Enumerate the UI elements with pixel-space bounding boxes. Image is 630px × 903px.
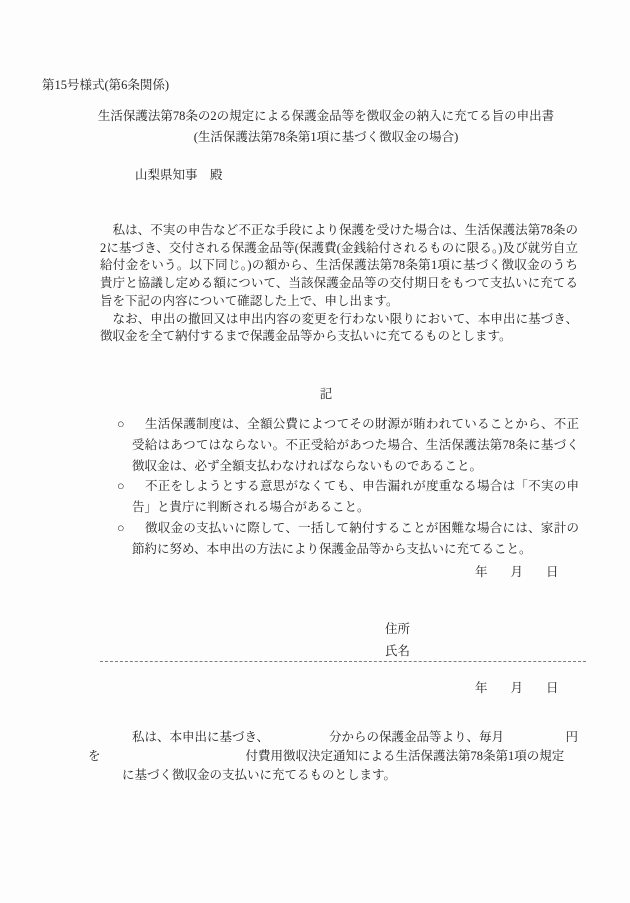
notes-list: ○ 生活保護制度は、全額公費によつてその財源が賄われていることから、不正受給はあ… — [100, 414, 579, 560]
note-item: ○ 生活保護制度は、全額公費によつてその財源が賄われていることから、不正受給はあ… — [100, 414, 579, 476]
title-block: 生活保護法第78条の2の規定による保護金品等を徴収金の納入に充てる旨の申出書 (… — [76, 106, 576, 148]
date-line-upper: 年 月 日 — [475, 562, 559, 580]
declaration-line1-unit: 円 — [565, 728, 578, 747]
note-text: 不正をしようとする意思がなくても、申告漏れが度重なる場合は「不実の申告」と貴庁に… — [132, 479, 579, 514]
note-marker: ○ — [117, 518, 125, 539]
document-subtitle: (生活保護法第78条第1項に基づく徴収金の場合) — [76, 127, 576, 148]
note-item: ○ 不正をしようとする意思がなくても、申告漏れが度重なる場合は「不実の申告」と貴… — [100, 476, 579, 518]
month-label: 月 — [511, 678, 524, 696]
addressee: 山梨県知事 殿 — [135, 165, 223, 183]
note-text: 生活保護制度は、全額公費によつてその財源が賄われていることから、不正受給はあつて… — [132, 417, 579, 473]
form-number: 第15号様式(第6条関係) — [42, 75, 169, 93]
address-label: 住所 — [385, 619, 410, 641]
month-label: 月 — [511, 562, 524, 580]
declaration-line2-rest: 付費用徴収決定通知による生活保護法第78条第1項の規定 — [246, 747, 565, 766]
body-paragraph-2: なお、申出の撤回又は申出内容の変更を行わない限りにおいて、本申出に基づき、徴収金… — [100, 311, 578, 346]
document-page: 第15号様式(第6条関係) 生活保護法第78条の2の規定による保護金品等を徴収金… — [0, 0, 630, 903]
note-marker: ○ — [117, 476, 125, 497]
declaration-line1-lead: 私は、本申出に基づき、 — [132, 728, 269, 747]
declaration-line-2: を 付費用徴収決定通知による生活保護法第78条第1項の規定 — [88, 747, 578, 766]
dashed-divider — [100, 661, 586, 662]
declaration-line-3: に基づく徴収金の支払いに充てるものとします。 — [122, 766, 578, 785]
year-label: 年 — [475, 678, 488, 696]
note-marker: ○ — [117, 414, 125, 435]
name-label: 氏名 — [385, 641, 410, 663]
day-label: 日 — [546, 562, 559, 580]
day-label: 日 — [546, 678, 559, 696]
main-text: 私は、不実の申告など不正な手段により保護を受けた場合は、生活保護法第78条の2に… — [100, 222, 578, 346]
body-paragraph-1: 私は、不実の申告など不正な手段により保護を受けた場合は、生活保護法第78条の2に… — [100, 222, 578, 311]
document-title: 生活保護法第78条の2の規定による保護金品等を徴収金の納入に充てる旨の申出書 — [76, 106, 576, 127]
year-label: 年 — [475, 562, 488, 580]
record-heading: 記 — [76, 384, 576, 402]
declaration-block: 私は、本申出に基づき、 分からの保護金品等より、毎月 円 を 付費用徴収決定通知… — [88, 728, 578, 785]
note-item: ○ 徴収金の支払いに際して、一括して納付することが困難な場合には、家計の節約に努… — [100, 518, 579, 560]
declaration-line-1: 私は、本申出に基づき、 分からの保護金品等より、毎月 円 — [88, 728, 578, 747]
declaration-line2-lead: を — [88, 747, 101, 766]
signer-block: 住所 氏名 — [385, 619, 410, 662]
declaration-line1-middle: 分からの保護金品等より、毎月 — [329, 728, 504, 747]
date-line-lower: 年 月 日 — [475, 678, 559, 696]
note-text: 徴収金の支払いに際して、一括して納付することが困難な場合には、家計の節約に努め、… — [132, 521, 579, 556]
